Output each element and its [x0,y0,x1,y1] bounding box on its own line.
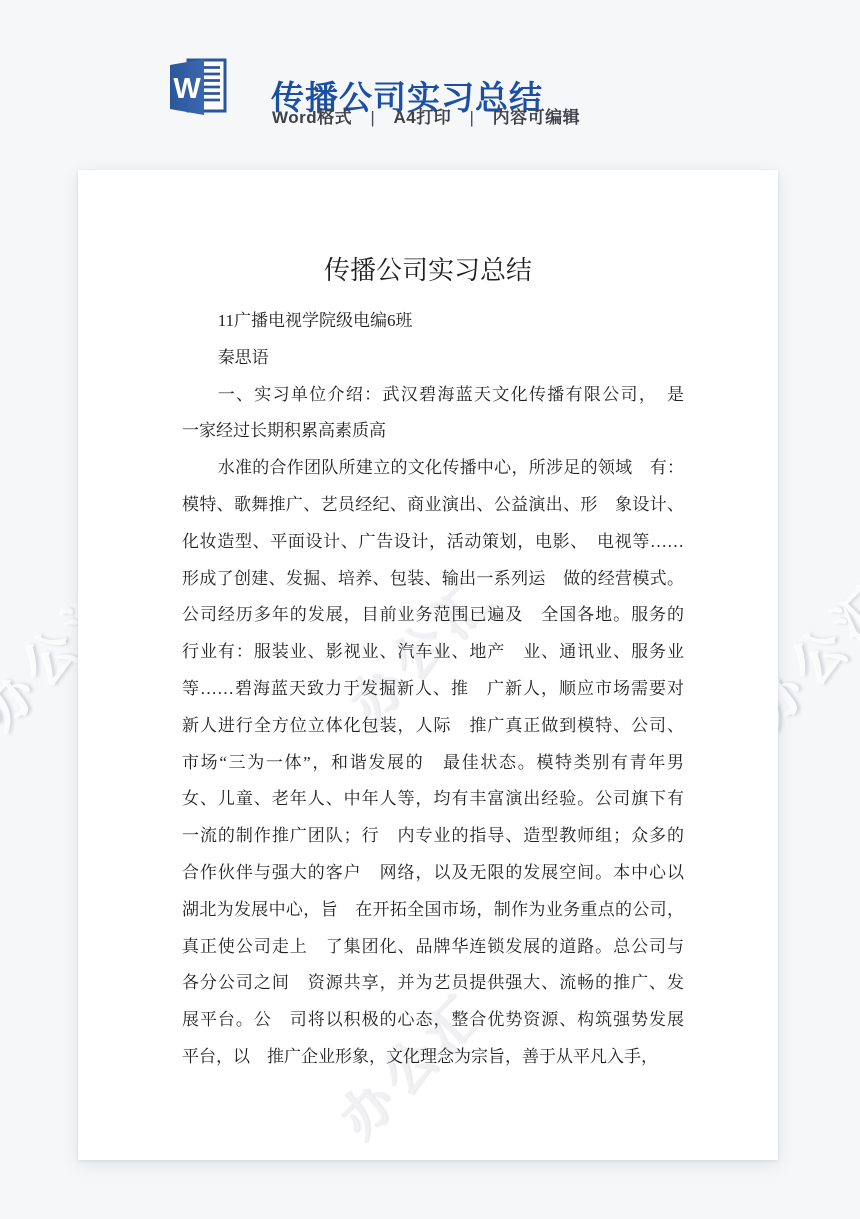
meta-separator: | [469,108,474,127]
document-line: 平台，以 推广企业形象，文化理念为宗旨，善于从平凡入手， [182,1039,684,1076]
document-line: 各分公司之间 资源共享，并为艺员提供强大、流畅的推广、发 [182,965,684,1002]
word-icon-letter: W [173,73,201,105]
document-line: 展平台。公 司将以积极的心态，整合优势资源、构筑强势发展 [182,1002,684,1039]
document-line: 新人进行全方位立体化包装，人际 推广真正做到模特、公司、 [182,708,684,745]
meta-format: Word格式 [272,108,352,127]
document-line: 女、儿童、老年人、中年人等，均有丰富演出经验。公司旗下有 [182,781,684,818]
word-file-icon: W [167,56,231,118]
document-line: 11广播电视学院级电编6班 [182,303,684,340]
document-line: 化妆造型、平面设计、广告设计，活动策划，电影、 电视等…… [182,524,684,561]
document-page: 办公汇 办公汇 传播公司实习总结 11广播电视学院级电编6班秦思语一、实习单位介… [78,170,778,1160]
document-line: 湖北为发展中心，旨 在开拓全国市场，制作为业务重点的公司， [182,892,684,929]
meta-editable: 内容可编辑 [493,108,581,127]
document-line: 一、实习单位介绍：武汉碧海蓝天文化传播有限公司， 是 [182,377,684,414]
document-line: 合作伙伴与强大的客户 网络，以及无限的发展空间。本中心以 [182,855,684,892]
document-line: 秦思语 [182,340,684,377]
document-title: 传播公司实习总结 [78,250,778,287]
document-line: 市场“三为一体”，和谐发展的 最佳状态。模特类别有青年男 [182,745,684,782]
meta-print: A4打印 [394,108,452,127]
document-line: 等……碧海蓝天致力于发掘新人、推 广新人，顺应市场需要对 [182,671,684,708]
document-line: 一家经过长期积累高素质高 [182,413,684,450]
document-line: 水准的合作团队所建立的文化传播中心，所涉足的领域 有： [182,450,684,487]
document-line: 真正使公司走上 了集团化、品牌华连锁发展的道路。总公司与 [182,929,684,966]
document-line: 模特、歌舞推广、艺员经纪、商业演出、公益演出、形 象设计、 [182,487,684,524]
document-meta: Word格式 | A4打印 | 内容可编辑 [272,103,580,128]
document-line: 一流的制作推广团队；行 内专业的指导、造型教师组；众多的 [182,818,684,855]
word-icon-graphic: W [167,56,231,118]
document-line: 行业有：服装业、影视业、汽车业、地产 业、通讯业、服务业 [182,634,684,671]
meta-separator: | [370,108,375,127]
document-body: 11广播电视学院级电编6班秦思语一、实习单位介绍：武汉碧海蓝天文化传播有限公司，… [182,303,684,1076]
document-line: 公司经历多年的发展，目前业务范围已遍及 全国各地。服务的 [182,597,684,634]
document-line: 形成了创建、发掘、培养、包装、输出一系列运 做的经营模式。 [182,561,684,598]
